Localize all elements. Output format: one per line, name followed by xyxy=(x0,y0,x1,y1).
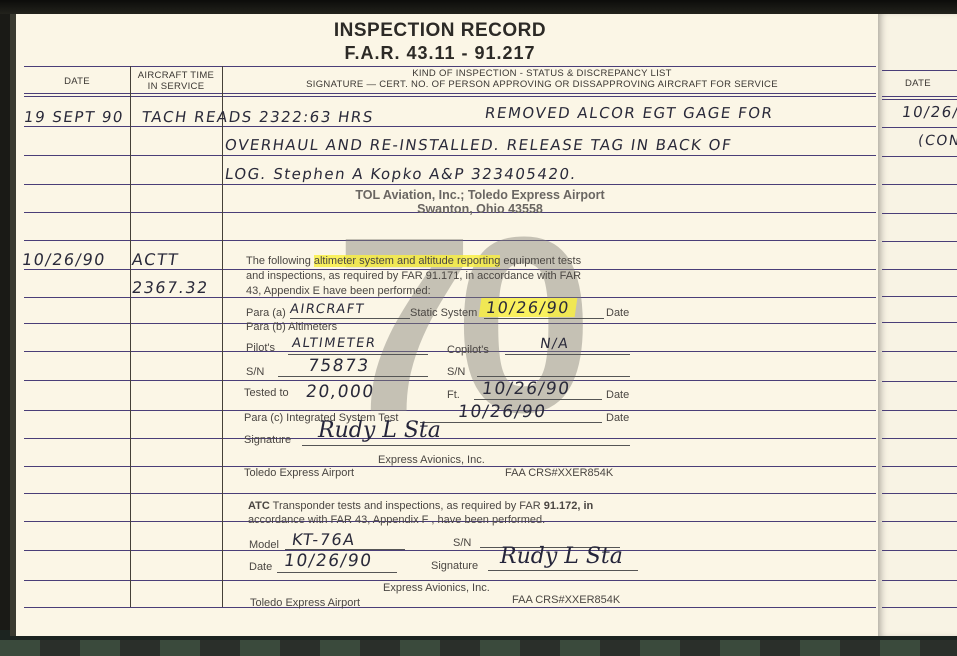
transponder-signature: Rudy L Sta xyxy=(500,544,623,569)
column-header-aircraft-time: AIRCRAFT TIME IN SERVICE xyxy=(130,70,222,92)
rule-line xyxy=(24,607,876,608)
right-rule xyxy=(882,156,957,157)
right-rule xyxy=(882,466,957,467)
header-bottom-rule xyxy=(24,93,876,94)
highlighted-text: altimeter system and altitude reporting xyxy=(314,255,500,267)
copilots-underline xyxy=(505,354,630,355)
column-divider xyxy=(130,66,131,607)
tested-to-label: Tested to xyxy=(244,387,289,399)
entry1-line1: REMOVED ALCOR EGT GAGE FOR xyxy=(484,104,775,122)
entry1-time: TACH READS 2322:63 HRS xyxy=(141,108,375,126)
para-c-underline xyxy=(420,422,602,423)
transponder-date-value: 10/26/90 xyxy=(283,551,374,571)
transponder-intro-line2: accordance with FAR 43, Appendix F , hav… xyxy=(248,514,545,526)
para-c-date-label: Date xyxy=(606,412,629,424)
entry1-line2: OVERHAUL AND RE-INSTALLED. RELEASE TAG I… xyxy=(224,136,734,154)
right-rule xyxy=(882,521,957,522)
aircraft-time-line2: IN SERVICE xyxy=(130,81,222,92)
altimeter-airport: Toledo Express Airport xyxy=(244,467,354,479)
header-top-rule xyxy=(24,66,876,67)
stamp-line2: Swanton, Ohio 43558 xyxy=(320,202,640,216)
right-entry-date: 10/26/ xyxy=(901,103,957,121)
tested-date: 10/26/90 xyxy=(481,379,572,399)
pilots-underline xyxy=(288,354,428,355)
para-a-underline xyxy=(290,318,410,319)
rule-line xyxy=(24,493,876,494)
right-column-header-date: DATE xyxy=(905,78,957,89)
entry2-time-value: 2367.32 xyxy=(131,278,210,297)
kind-line1: KIND OF INSPECTION - STATUS & DISCREPANC… xyxy=(222,68,862,79)
rule-line xyxy=(24,580,876,581)
rule-line xyxy=(24,126,876,127)
right-rule xyxy=(882,184,957,185)
transponder-company: Express Avionics, Inc. xyxy=(383,582,490,594)
pilots-value: ALTIMETER xyxy=(291,336,377,351)
transponder-date-label: Date xyxy=(249,561,272,573)
static-system-date: 10/26/90 xyxy=(479,298,578,317)
right-rule xyxy=(882,607,957,608)
right-rule xyxy=(882,351,957,352)
altimeter-intro-line2: and inspections, as required by FAR 91.1… xyxy=(246,270,581,282)
aircraft-time-line1: AIRCRAFT TIME xyxy=(130,70,222,81)
right-rule xyxy=(882,550,957,551)
transponder-sn-label: S/N xyxy=(453,537,471,549)
right-rule xyxy=(882,70,957,71)
model-underline xyxy=(285,549,405,550)
book-top-edge xyxy=(0,0,957,14)
entry1-date: 19 SEPT 90 xyxy=(23,108,125,126)
ft-label: Ft. xyxy=(447,389,460,401)
copilots-label: Copilot's xyxy=(447,344,489,356)
right-rule xyxy=(882,269,957,270)
copilots-value: N/A xyxy=(539,336,571,352)
transponder-crs: FAA CRS#XXER854K xyxy=(512,594,620,606)
stamp-line1: TOL Aviation, Inc.; Toledo Express Airpo… xyxy=(320,188,640,202)
column-header-kind: KIND OF INSPECTION - STATUS & DISCREPANC… xyxy=(222,68,862,90)
page-title: INSPECTION RECORD xyxy=(220,20,660,42)
copilot-sn-label: S/N xyxy=(447,366,465,378)
right-rule xyxy=(882,96,957,97)
altimeter-company: Express Avionics, Inc. xyxy=(378,454,485,466)
rule-line xyxy=(24,550,876,551)
tested-to-value: 20,000 xyxy=(305,382,376,402)
right-rule xyxy=(882,493,957,494)
right-rule xyxy=(882,322,957,323)
para-a-value: AIRCRAFT xyxy=(289,302,366,317)
para-c-date: 10/26/90 xyxy=(457,402,548,422)
static-underline xyxy=(484,318,604,319)
transponder-airport: Toledo Express Airport xyxy=(250,597,360,609)
transponder-signature-underline xyxy=(488,570,638,571)
right-rule xyxy=(882,99,957,100)
right-rule xyxy=(882,438,957,439)
tol-aviation-stamp: TOL Aviation, Inc.; Toledo Express Airpo… xyxy=(320,188,640,216)
column-divider xyxy=(222,66,223,607)
right-rule xyxy=(882,127,957,128)
header-bottom-rule-2 xyxy=(24,96,876,97)
book-bottom-strip xyxy=(0,640,957,656)
transponder-date-underline xyxy=(277,572,397,573)
kind-line2: SIGNATURE — CERT. NO. OF PERSON APPROVIN… xyxy=(222,79,862,90)
altimeter-intro-line1: The following altimeter system and altit… xyxy=(246,255,581,267)
right-rule xyxy=(882,580,957,581)
static-date-label: Date xyxy=(606,307,629,319)
tested-date-label: Date xyxy=(606,389,629,401)
pilots-label: Pilot's xyxy=(246,342,275,354)
right-rule xyxy=(882,410,957,411)
para-b-label: Para (b) Altimeters xyxy=(246,321,337,333)
model-value: KT-76A xyxy=(291,530,357,549)
altimeter-signature: Rudy L Sta xyxy=(318,418,441,443)
right-rule xyxy=(882,241,957,242)
transponder-signature-label: Signature xyxy=(431,560,478,572)
right-rule xyxy=(882,381,957,382)
entry2-date: 10/26/90 xyxy=(21,250,108,269)
static-system-label: Static System xyxy=(410,307,477,319)
tested-date-underline xyxy=(474,399,602,400)
entry2-time-label: ACTT xyxy=(131,250,181,269)
page-subtitle: F.A.R. 43.11 - 91.217 xyxy=(220,43,660,64)
entry1-line3: LOG. Stephen A Kopko A&P 323405420. xyxy=(224,165,578,183)
right-rule xyxy=(882,296,957,297)
transponder-intro-line1: ATC Transponder tests and inspections, a… xyxy=(248,500,593,512)
pilot-sn-label: S/N xyxy=(246,366,264,378)
model-label: Model xyxy=(249,539,279,551)
altimeter-crs: FAA CRS#XXER854K xyxy=(505,467,613,479)
pilot-sn-underline xyxy=(278,376,428,377)
para-a-label: Para (a) xyxy=(246,307,286,319)
rule-line xyxy=(24,155,876,156)
column-header-date: DATE xyxy=(24,76,130,87)
right-entry-note: (CONT xyxy=(917,133,957,149)
right-rule xyxy=(882,213,957,214)
altimeter-intro-line3: 43, Appendix E have been performed: xyxy=(246,285,431,297)
signature-label: Signature xyxy=(244,434,291,446)
copilot-sn-underline xyxy=(477,376,630,377)
pilot-sn-value: 75873 xyxy=(307,356,371,376)
signature-underline xyxy=(302,445,630,446)
rule-line xyxy=(24,466,876,467)
